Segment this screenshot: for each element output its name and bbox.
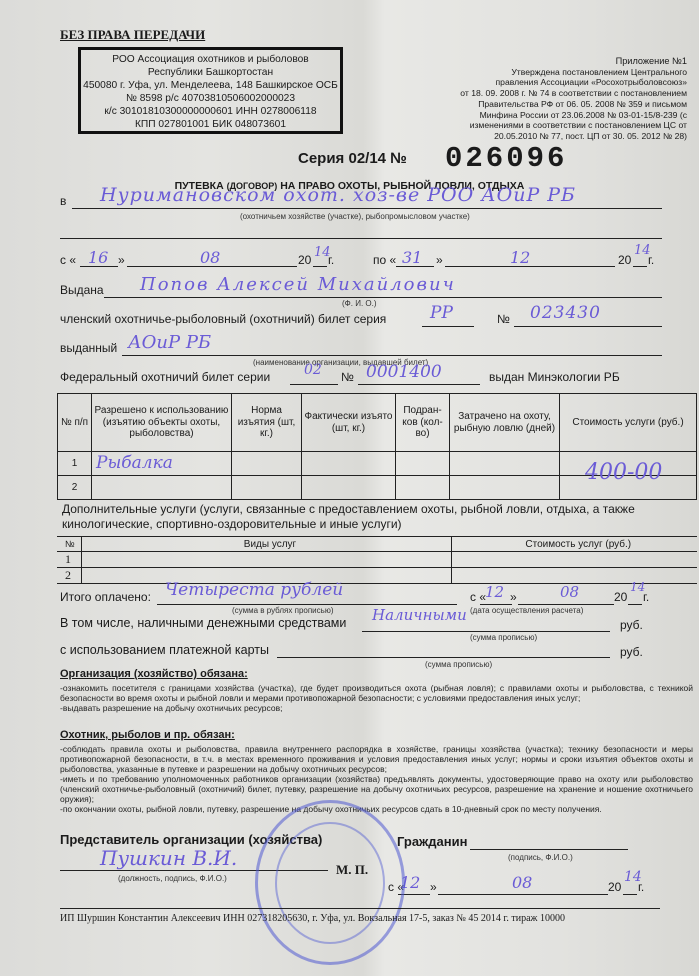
col-header: Разрешено к использованию (изъятию объек… xyxy=(92,394,232,452)
appendix-line: Минфина России от 23.06.2008 № 03-01-15/… xyxy=(337,110,687,121)
cell[interactable] xyxy=(450,452,560,476)
cell[interactable] xyxy=(396,476,450,500)
representative-caption: (должность, подпись, Ф.И.О.) xyxy=(118,874,227,883)
from-year-line xyxy=(313,266,327,267)
org-line: РОО Ассоциация охотников и рыболовов xyxy=(81,53,340,66)
sign-year-line xyxy=(623,894,637,895)
citizen-line xyxy=(470,849,628,850)
cell[interactable] xyxy=(451,568,697,584)
federal-series-line xyxy=(290,384,338,385)
location-caption: (охотничьем хозяйстве (участке), рыбопро… xyxy=(240,212,470,221)
representative-signature[interactable]: Пушкин В.И. xyxy=(100,846,237,870)
total-label: Итого оплачено: xyxy=(60,590,151,604)
cell[interactable] xyxy=(92,476,232,500)
cell[interactable] xyxy=(302,452,396,476)
cash-caption: (сумма прописью) xyxy=(470,633,537,642)
period-to-prefix: по « xyxy=(373,253,396,267)
location-line xyxy=(72,208,662,209)
cell: 1 xyxy=(57,552,81,568)
hunter-obligations-heading: Охотник, рыболов и пр. обязан: xyxy=(60,729,235,741)
period-from-prefix: с « xyxy=(60,253,76,267)
issued-caption: (Ф. И. О.) xyxy=(342,299,377,308)
year-suffix: г. xyxy=(328,253,334,267)
col-header: № xyxy=(57,537,81,552)
rub-label: руб. xyxy=(620,645,643,659)
quote-close: » xyxy=(118,253,125,267)
col-header: Фактически изъято (шт, кг.) xyxy=(302,394,396,452)
table-header-row: № Виды услуг Стоимость услуг (руб.) xyxy=(57,537,697,552)
to-year-line xyxy=(633,266,647,267)
location-line-2 xyxy=(60,238,662,239)
cell[interactable]: Рыбалка xyxy=(92,452,232,476)
from-month[interactable]: 08 xyxy=(200,248,220,267)
col-header: Подран-ков (кол-во) xyxy=(396,394,450,452)
issued-by-value[interactable]: АОиР РБ xyxy=(128,332,211,353)
rub-label: руб. xyxy=(620,618,643,632)
issued-value[interactable]: Попов Алексей Михайлович xyxy=(140,274,456,295)
obligation-item: -ознакомить посетителя с границами хозяй… xyxy=(60,683,693,703)
year-suffix: г. xyxy=(638,880,644,894)
issued-by-label: выданный xyxy=(60,341,117,355)
col-header: Стоимость услуг (руб.) xyxy=(451,537,697,552)
citizen-caption: (подпись, Ф.И.О.) xyxy=(508,853,573,862)
cell: 1 xyxy=(58,452,92,476)
federal-ticket-label: Федеральный охотничий билет серии xyxy=(60,370,270,384)
member-series-line xyxy=(422,326,474,327)
col-header: Затрачено на охоту, рыбную ловлю (дней) xyxy=(450,394,560,452)
organization-box: РОО Ассоциация охотников и рыболовов Рес… xyxy=(78,47,343,134)
org-line: № 8598 р/с 40703810506002000023 xyxy=(81,92,340,105)
member-number[interactable]: 023430 xyxy=(530,303,601,323)
total-caption: (сумма в рублях прописью) xyxy=(232,606,333,615)
org-obligations-list: -ознакомить посетителя с границами хозяй… xyxy=(60,683,693,713)
issued-label: Выдана xyxy=(60,283,104,297)
total-value[interactable]: Четыреста рублей xyxy=(165,580,343,600)
org-line: КПП 027801001 БИК 048073601 xyxy=(81,118,340,131)
quote-close: » xyxy=(510,590,517,604)
cell[interactable] xyxy=(302,476,396,500)
col-header: Норма изъятия (шт, кг.) xyxy=(232,394,302,452)
table-header-row: № п/п Разрешено к использованию (изъятию… xyxy=(58,394,697,452)
org-line: Республики Башкортостан xyxy=(81,66,340,79)
appendix-title: Приложение №1 xyxy=(337,56,687,67)
pay-day-line xyxy=(480,604,512,605)
member-number-line xyxy=(514,326,662,327)
federal-series[interactable]: 02 xyxy=(304,362,322,378)
cell[interactable] xyxy=(232,452,302,476)
appendix-line: Утверждена постановлением Центрального xyxy=(337,67,687,78)
issued-by-line xyxy=(122,355,662,356)
printer-imprint: ИП Шуршин Константин Алексеевич ИНН 0273… xyxy=(60,913,565,924)
org-line: 450080 г. Уфа, ул. Менделеева, 148 Башки… xyxy=(81,79,340,92)
to-day[interactable]: 31 xyxy=(402,248,422,267)
sign-month[interactable]: 08 xyxy=(512,873,532,892)
cash-value[interactable]: Наличными xyxy=(372,606,467,624)
cell[interactable] xyxy=(396,452,450,476)
col-header: № п/п xyxy=(58,394,92,452)
card-label: с использованием платежной карты xyxy=(60,643,269,657)
organization-stamp-inner xyxy=(275,822,385,944)
appendix-line: изменениями в соответствии с постановлен… xyxy=(337,120,687,131)
extra-services-table: № Виды услуг Стоимость услуг (руб.) 1 2 xyxy=(57,536,697,584)
year-suffix: г. xyxy=(643,590,649,604)
appendix-line: 20.05.2010 № 77, пост. ЦП от 30. 05. 201… xyxy=(337,131,687,142)
card-line xyxy=(277,657,610,658)
hunting-permit-document: БЕЗ ПРАВА ПЕРЕДАЧИ РОО Ассоциация охотни… xyxy=(0,0,699,976)
year-suffix: г. xyxy=(648,253,654,267)
org-line: к/с 30101810300000000601 ИНН 0278006118 xyxy=(81,105,340,118)
to-month[interactable]: 12 xyxy=(510,248,530,267)
member-num-label: № xyxy=(497,312,510,326)
cell: 2 xyxy=(58,476,92,500)
year-prefix: 20 xyxy=(614,590,627,604)
member-series[interactable]: РР xyxy=(430,303,453,323)
series-label: Серия 02/14 № xyxy=(298,150,407,167)
obligation-item: -соблюдать правила охоты и рыболовства, … xyxy=(60,744,693,774)
obligation-item: -выдавать разрешение на добычу охотничьи… xyxy=(60,703,693,713)
hunter-obligations-list: -соблюдать правила охоты и рыболовства, … xyxy=(60,744,693,814)
appendix-note: Приложение №1 Утверждена постановлением … xyxy=(337,56,687,142)
location-value[interactable]: Нуримановском охот. хоз-ве РОО АОиР РБ xyxy=(100,184,576,206)
appendix-line: правления Ассоциации «Росохотрыболовсоюз… xyxy=(337,77,687,88)
total-line xyxy=(157,604,457,605)
pay-month[interactable]: 08 xyxy=(560,583,579,601)
sign-month-line xyxy=(438,894,608,895)
federal-suffix: выдан Минэкологии РБ xyxy=(489,370,620,384)
col-header: Стоимость услуги (руб.) xyxy=(560,394,697,452)
federal-number[interactable]: 0001400 xyxy=(366,362,442,382)
year-prefix: 20 xyxy=(608,880,621,894)
member-ticket-label: членский охотничье-рыболовный (охотничий… xyxy=(60,312,386,326)
obligation-item: -по окончании охоты, рыбной ловли, путев… xyxy=(60,804,693,814)
location-prefix: в xyxy=(60,194,66,208)
no-transfer-notice: БЕЗ ПРАВА ПЕРЕДАЧИ xyxy=(60,27,205,43)
footer-divider xyxy=(60,908,660,909)
cell[interactable] xyxy=(451,552,697,568)
pay-date-caption: (дата осуществления расчета) xyxy=(470,606,583,615)
table-row: 2 xyxy=(57,568,697,584)
year-prefix: 20 xyxy=(618,253,631,267)
pay-day[interactable]: 12 xyxy=(485,583,504,601)
org-obligations-heading: Организация (хозяйство) обязана: xyxy=(60,668,248,680)
pay-year-line xyxy=(628,604,642,605)
from-day[interactable]: 16 xyxy=(88,248,108,267)
col-header: Виды услуг xyxy=(81,537,451,552)
extra-services-heading: Дополнительные услуги (услуги, связанные… xyxy=(62,502,692,532)
appendix-line: от 18. 09. 2008 г. № 74 в соответствии с… xyxy=(337,88,687,99)
series-number: 026096 xyxy=(445,142,567,175)
citizen-label: Гражданин xyxy=(397,834,467,849)
appendix-line: Правительства РФ от 06. 05. 2008 № 359 и… xyxy=(337,99,687,110)
cell[interactable] xyxy=(450,476,560,500)
cash-line xyxy=(362,631,610,632)
cell[interactable] xyxy=(232,476,302,500)
pay-month-line xyxy=(518,604,614,605)
issued-line xyxy=(104,297,662,298)
table-row: 1 xyxy=(57,552,697,568)
pay-date-quote: с « xyxy=(470,590,486,604)
federal-number-line xyxy=(358,384,480,385)
cost-handwritten[interactable]: 400-00 xyxy=(585,460,662,485)
cell: 2 xyxy=(57,568,81,584)
cash-label: В том числе, наличными денежными средств… xyxy=(60,616,346,630)
card-caption: (сумма прописью) xyxy=(425,660,492,669)
cell[interactable] xyxy=(81,552,451,568)
quote-close: » xyxy=(430,880,437,894)
obligation-item: -иметь и по требованию уполномоченных ра… xyxy=(60,774,693,804)
quote-close: » xyxy=(436,253,443,267)
federal-num-label: № xyxy=(341,370,354,384)
year-prefix: 20 xyxy=(298,253,311,267)
